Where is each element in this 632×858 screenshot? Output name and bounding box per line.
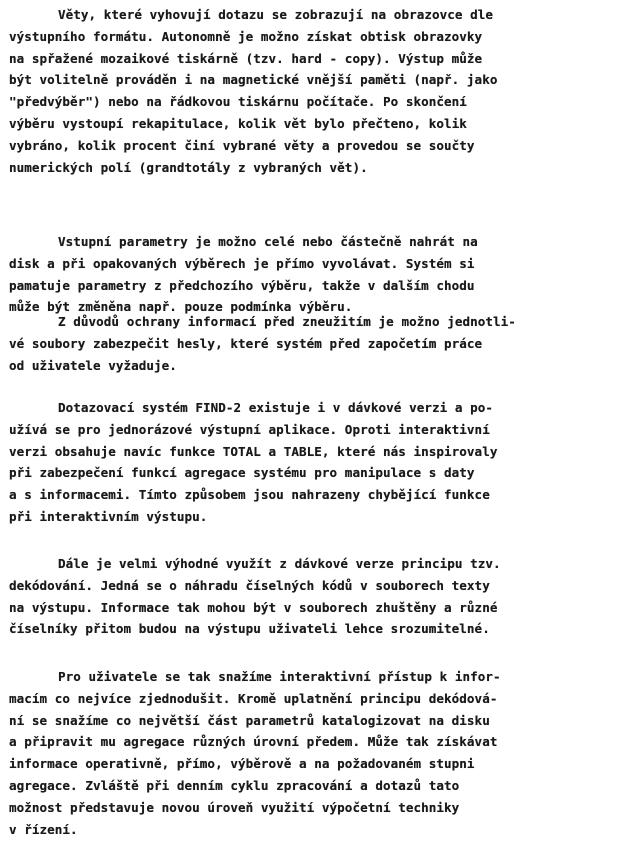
text-line: informace operativně, přímo, výběrově a …: [9, 753, 629, 775]
text-line: Věty, které vyhovují dotazu se zobrazují…: [9, 4, 629, 26]
text-line: Dále je velmi výhodné využít z dávkové v…: [9, 553, 629, 575]
text-line: na výstupu. Informace tak mohou být v so…: [9, 597, 629, 619]
text-line: při interaktivním výstupu.: [9, 506, 629, 528]
paragraph-user-access: Pro uživatele se tak snažíme interaktivn…: [9, 666, 629, 840]
paragraph-find2-batch: Dotazovací systém FIND-2 existuje i v dá…: [9, 397, 629, 528]
text-line: ní se snažíme co největší část parametrů…: [9, 710, 629, 732]
text-line: numerických polí (grandtotály z vybranýc…: [9, 157, 629, 179]
text-line: a připravit mu agregace různých úrovní p…: [9, 731, 629, 753]
text-line: na spřažené mozaikové tiskárně (tzv. har…: [9, 48, 629, 70]
text-line: dekódování. Jedná se o náhradu číselných…: [9, 575, 629, 597]
typewritten-page: Věty, které vyhovují dotazu se zobrazují…: [0, 0, 632, 858]
paragraph-output-formats: Věty, které vyhovují dotazu se zobrazují…: [9, 4, 629, 178]
text-line: vybráno, kolik procent činí vybrané věty…: [9, 135, 629, 157]
text-line: Dotazovací systém FIND-2 existuje i v dá…: [9, 397, 629, 419]
text-line: Z důvodů ochrany informací před zneužití…: [9, 311, 629, 333]
text-line: verzi obsahuje navíc funkce TOTAL a TABL…: [9, 441, 629, 463]
text-line: agregace. Zvláště při denním cyklu zprac…: [9, 775, 629, 797]
paragraph-input-parameters: Vstupní parametry je možno celé nebo čás…: [9, 231, 629, 318]
text-line: číselníky přitom budou na výstupu uživat…: [9, 618, 629, 640]
text-line: Pro uživatele se tak snažíme interaktivn…: [9, 666, 629, 688]
text-line: užívá se pro jednorázové výstupní aplika…: [9, 419, 629, 441]
text-line: při zabezpečení funkcí agregace systému …: [9, 462, 629, 484]
text-line: macím co nejvíce zjednodušit. Kromě upla…: [9, 688, 629, 710]
text-line: "předvýběr") nebo na řádkovou tiskárnu p…: [9, 91, 629, 113]
text-line: výstupního formátu. Autonomně je možno z…: [9, 26, 629, 48]
text-line: pamatuje parametry z předchozího výběru,…: [9, 275, 629, 297]
paragraph-data-protection: Z důvodů ochrany informací před zneužití…: [9, 311, 629, 376]
paragraph-decoding: Dále je velmi výhodné využít z dávkové v…: [9, 553, 629, 640]
text-line: a s informacemi. Tímto způsobem jsou nah…: [9, 484, 629, 506]
text-line: možnost představuje novou úroveň využití…: [9, 797, 629, 819]
text-line: být volitelně prováděn i na magnetické v…: [9, 69, 629, 91]
text-line: vé soubory zabezpečit hesly, které systé…: [9, 333, 629, 355]
text-line: v řízení.: [9, 819, 629, 841]
text-line: od uživatele vyžaduje.: [9, 355, 629, 377]
text-line: Vstupní parametry je možno celé nebo čás…: [9, 231, 629, 253]
text-line: disk a při opakovaných výběrech je přímo…: [9, 253, 629, 275]
text-line: výběru vystoupí rekapitulace, kolik vět …: [9, 113, 629, 135]
